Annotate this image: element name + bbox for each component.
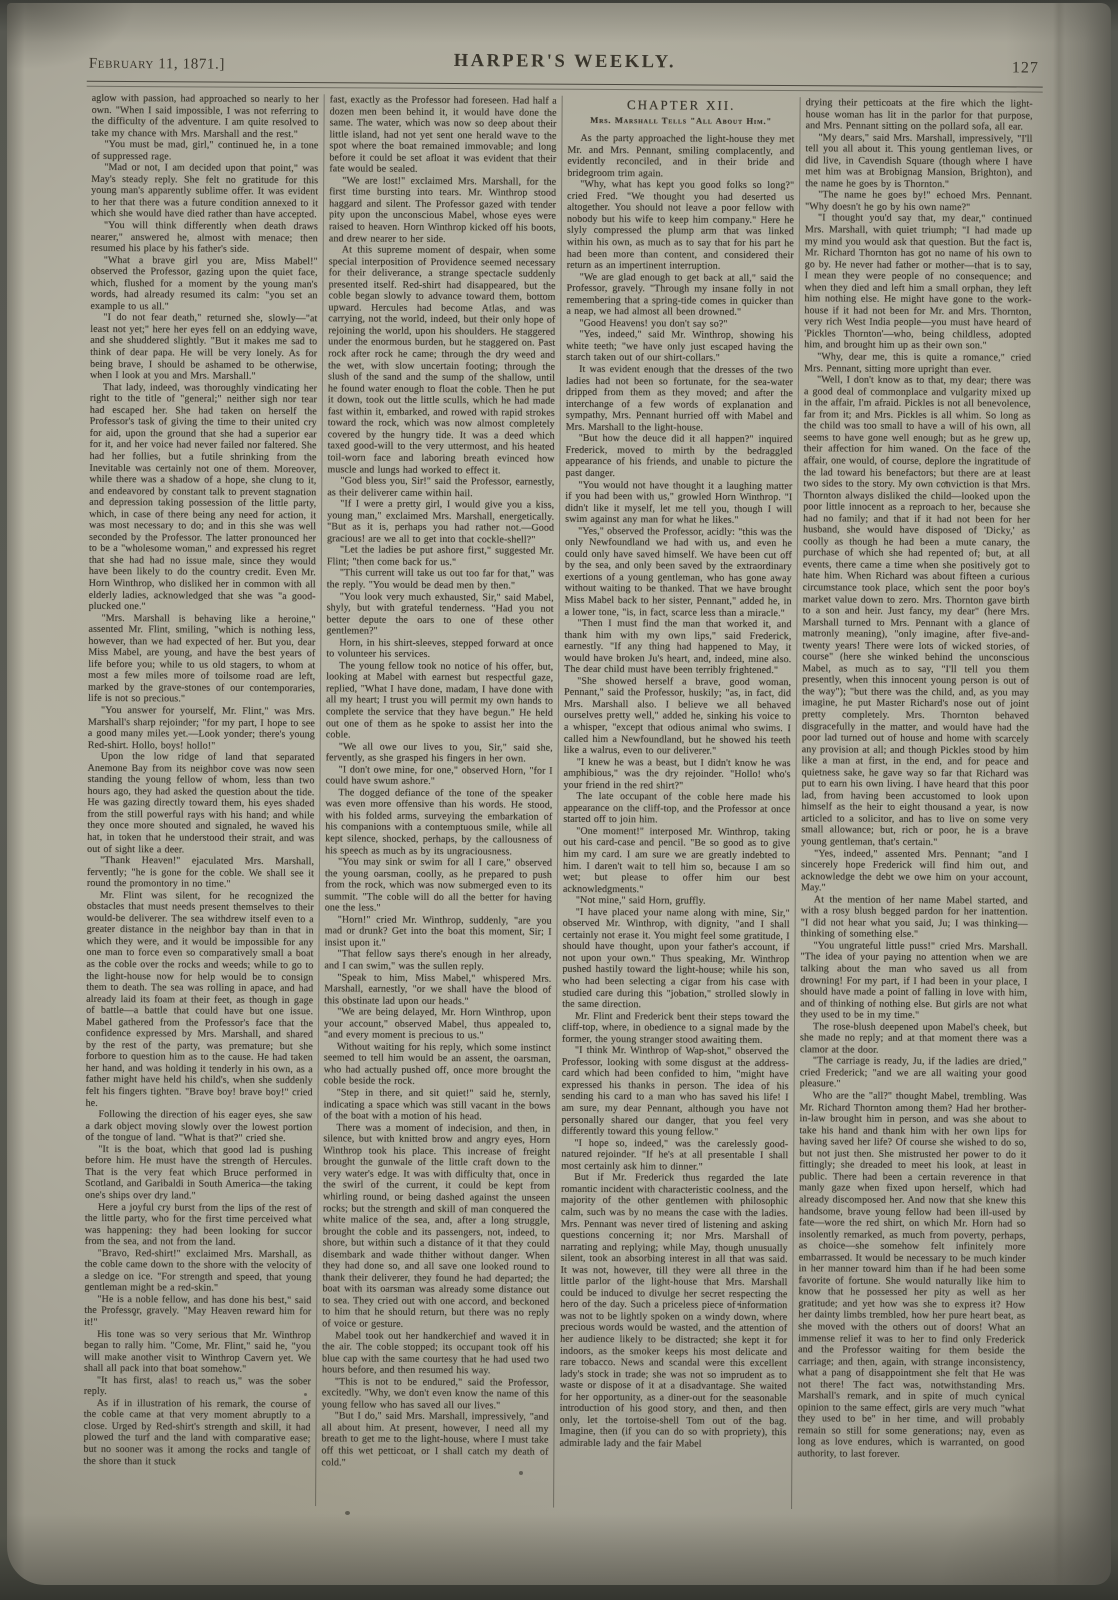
paragraph: "Yes, indeed," assented Mrs. Pennant; "a… — [801, 848, 1028, 896]
ink-speck — [345, 1511, 350, 1515]
paragraph: "You would not have thought it a laughin… — [565, 479, 792, 527]
paragraph: Horn, in his shirt-sleeves, stepped forw… — [326, 637, 553, 661]
paragraph: "One moment!" interposed Mr. Winthrop, t… — [563, 826, 790, 897]
page-content: February 11, 1871.] HARPER'S WEEKLY. 127… — [78, 43, 1043, 1511]
paragraph: "You ungrateful little puss!" cried Mrs.… — [800, 940, 1027, 1022]
page-header: February 11, 1871.] HARPER'S WEEKLY. 127 — [87, 43, 1043, 85]
paragraph: Mr. Flint was silent, for he recognized … — [85, 890, 313, 1111]
paragraph: "I knew he was a beast, but I didn't kno… — [563, 756, 790, 792]
paragraph: "She showed herself a brave, good woman,… — [564, 675, 791, 757]
column-4: drying their petticoats at the fire whic… — [791, 97, 1038, 1510]
paragraph: "Bravo, Red-shirt!" exclaimed Mrs. Marsh… — [84, 1247, 311, 1295]
paragraph: "We are glad enough to get back at all,"… — [566, 271, 793, 319]
paragraph: "You will think differently when death d… — [91, 220, 318, 256]
chapter-subheading: Mrs. Marshall Tells "All About Him." — [568, 114, 795, 127]
paragraph: Following the direction of his eager eye… — [85, 1109, 312, 1145]
paragraph: "Thank Heaven!" ejaculated Mrs. Marshall… — [87, 855, 314, 891]
paragraph: "It has first, alas! to reach us," was t… — [84, 1374, 311, 1398]
paragraph: "It is the boat, which that good lad is … — [85, 1144, 312, 1203]
column-2: fast, exactly as the Professor had fores… — [315, 94, 562, 1507]
paragraph: The dogged defiance of the tone of the s… — [325, 787, 552, 858]
paragraph: "Why, dear me, this is quite a romance,"… — [804, 351, 1031, 375]
paragraph: "Well, I don't know as to that, my dear;… — [801, 374, 1031, 849]
paragraph: His tone was so very serious that Mr. Wi… — [84, 1328, 311, 1376]
paragraph: Mabel took out her handkerchief and wave… — [322, 1330, 549, 1378]
paragraph: Without waiting for his reply, which som… — [324, 1041, 551, 1089]
paragraph: It was evident enough that the dresses o… — [566, 364, 793, 435]
paragraph: "He is a noble fellow, and has done his … — [84, 1294, 311, 1330]
paragraph: "Mad or not, I am decided upon that poin… — [91, 162, 318, 221]
paragraph: "I thought you'd say that, my dear," con… — [804, 213, 1032, 353]
paragraph: "My dears," said Mrs. Marshall, impressi… — [805, 132, 1032, 191]
paragraph: That lady, indeed, was thoroughly vindic… — [89, 381, 317, 613]
paragraph: As if in illustration of his remark, the… — [83, 1398, 310, 1469]
paragraph: "This is not to be endured," said the Pr… — [322, 1376, 549, 1412]
paragraph: Here a joyful cry burst from the lips of… — [85, 1201, 312, 1249]
photo-background: February 11, 1871.] HARPER'S WEEKLY. 127… — [0, 0, 1118, 1600]
paragraph: fast, exactly as the Professor had fores… — [329, 94, 556, 176]
paragraph: "That fellow says there's enough in her … — [324, 949, 551, 973]
paragraph: "Why, what has kept you good folks so lo… — [567, 179, 795, 273]
paragraph: "We all owe our lives to you, Sir," said… — [326, 741, 553, 765]
paragraph: "What a brave girl you are, Miss Mabel!"… — [90, 254, 317, 313]
paragraph: The rose-blush deepened upon Mabel's che… — [800, 1021, 1027, 1057]
paragraph: As the party approached the light-house … — [567, 133, 794, 181]
paragraph: But if Mr. Frederick thus regarded the l… — [559, 1172, 788, 1451]
paragraph: There was a moment of indecision, and th… — [322, 1122, 550, 1331]
paragraph: "Then I must find the man that worked it… — [564, 618, 791, 677]
paragraph: Upon the low ridge of land that separate… — [87, 751, 315, 856]
paragraph: "The carriage is ready, Ju, if the ladie… — [800, 1056, 1027, 1092]
paragraph: "Step in there, and sit quiet!" said he,… — [323, 1087, 550, 1123]
chapter-heading: CHAPTER XII. — [568, 99, 795, 112]
paragraph: Who are the "all?" thought Mabel, trembl… — [797, 1090, 1026, 1461]
paragraph: "I don't owe mine, for one," observed Ho… — [325, 764, 552, 788]
paragraph: "I do not fear death," returned she, slo… — [90, 312, 317, 383]
paragraph: "I hope so, indeed," was the carelessly … — [561, 1137, 788, 1173]
paragraph: At this supreme moment of despair, when … — [327, 244, 555, 476]
column-3-body: As the party approached the light-house … — [559, 133, 794, 1451]
paragraph: At the mention of her name Mabel started… — [801, 894, 1028, 942]
page-number: 127 — [1012, 59, 1039, 77]
paragraph: "You must be mad, girl," continued he, i… — [91, 139, 318, 163]
paragraph: "I think Mr. Winthrop of Wap-shot," obse… — [561, 1045, 789, 1139]
paragraph: "God bless you, Sir!" said the Professor… — [327, 475, 554, 499]
paragraph: "Yes, indeed," said Mr. Winthrop, showin… — [566, 329, 793, 365]
column-3: CHAPTER XII. Mrs. Marshall Tells "All Ab… — [553, 96, 800, 1509]
paragraph: "Yes," observed the Professor, acidly: "… — [564, 525, 792, 619]
paragraph: "We are lost!" exclaimed Mrs. Marshall, … — [329, 175, 556, 246]
paragraph: "But how the deuce did it all happen?" i… — [565, 433, 792, 481]
paragraph: drying their petticoats at the fire whic… — [805, 97, 1032, 133]
column-1: aglow with passion, had approached so ne… — [78, 93, 324, 1506]
paragraph: "This current will take us out too far f… — [327, 568, 554, 592]
paragraph: "Mrs. Marshall is behaving like a heroin… — [88, 612, 316, 706]
paragraph: "If I were a pretty girl, I would give y… — [327, 498, 554, 546]
paper-crease — [1053, 3, 1065, 1585]
paragraph: "Let the ladies be put ashore first," su… — [327, 545, 554, 569]
paragraph: "You answer for yourself, Mr. Flint," wa… — [88, 705, 315, 753]
paragraph: Mr. Flint and Frederick bent their steps… — [562, 1010, 789, 1046]
text-columns: aglow with passion, had approached so ne… — [78, 93, 1043, 1511]
paragraph: "We are being delayed, Mr. Horn Winthrop… — [324, 1006, 551, 1042]
paragraph: "Speak to him, Miss Mabel," whispered Mr… — [324, 972, 551, 1008]
paragraph: "Not mine," said Horn, gruffly. — [563, 895, 790, 908]
paragraph: "I have placed your name along with mine… — [562, 906, 790, 1011]
paragraph: "Horn!" cried Mr. Winthrop, suddenly, "a… — [324, 914, 551, 950]
paragraph: "The name he goes by!" echoed Mrs. Penna… — [805, 190, 1032, 214]
paragraph: "But I do," said Mrs. Marshall, impressi… — [321, 1411, 548, 1470]
paragraph: "You look very much exhausted, Sir," sai… — [326, 591, 553, 639]
paragraph: The young fellow took no notice of his o… — [326, 660, 553, 742]
magazine-page: February 11, 1871.] HARPER'S WEEKLY. 127… — [7, 3, 1111, 1585]
paragraph: The late occupant of the coble here made… — [563, 791, 790, 827]
masthead-title: HARPER'S WEEKLY. — [87, 49, 1043, 76]
paragraph: aglow with passion, had approached so ne… — [91, 93, 318, 141]
paragraph: "You may sink or swim for all I care," o… — [325, 856, 552, 915]
